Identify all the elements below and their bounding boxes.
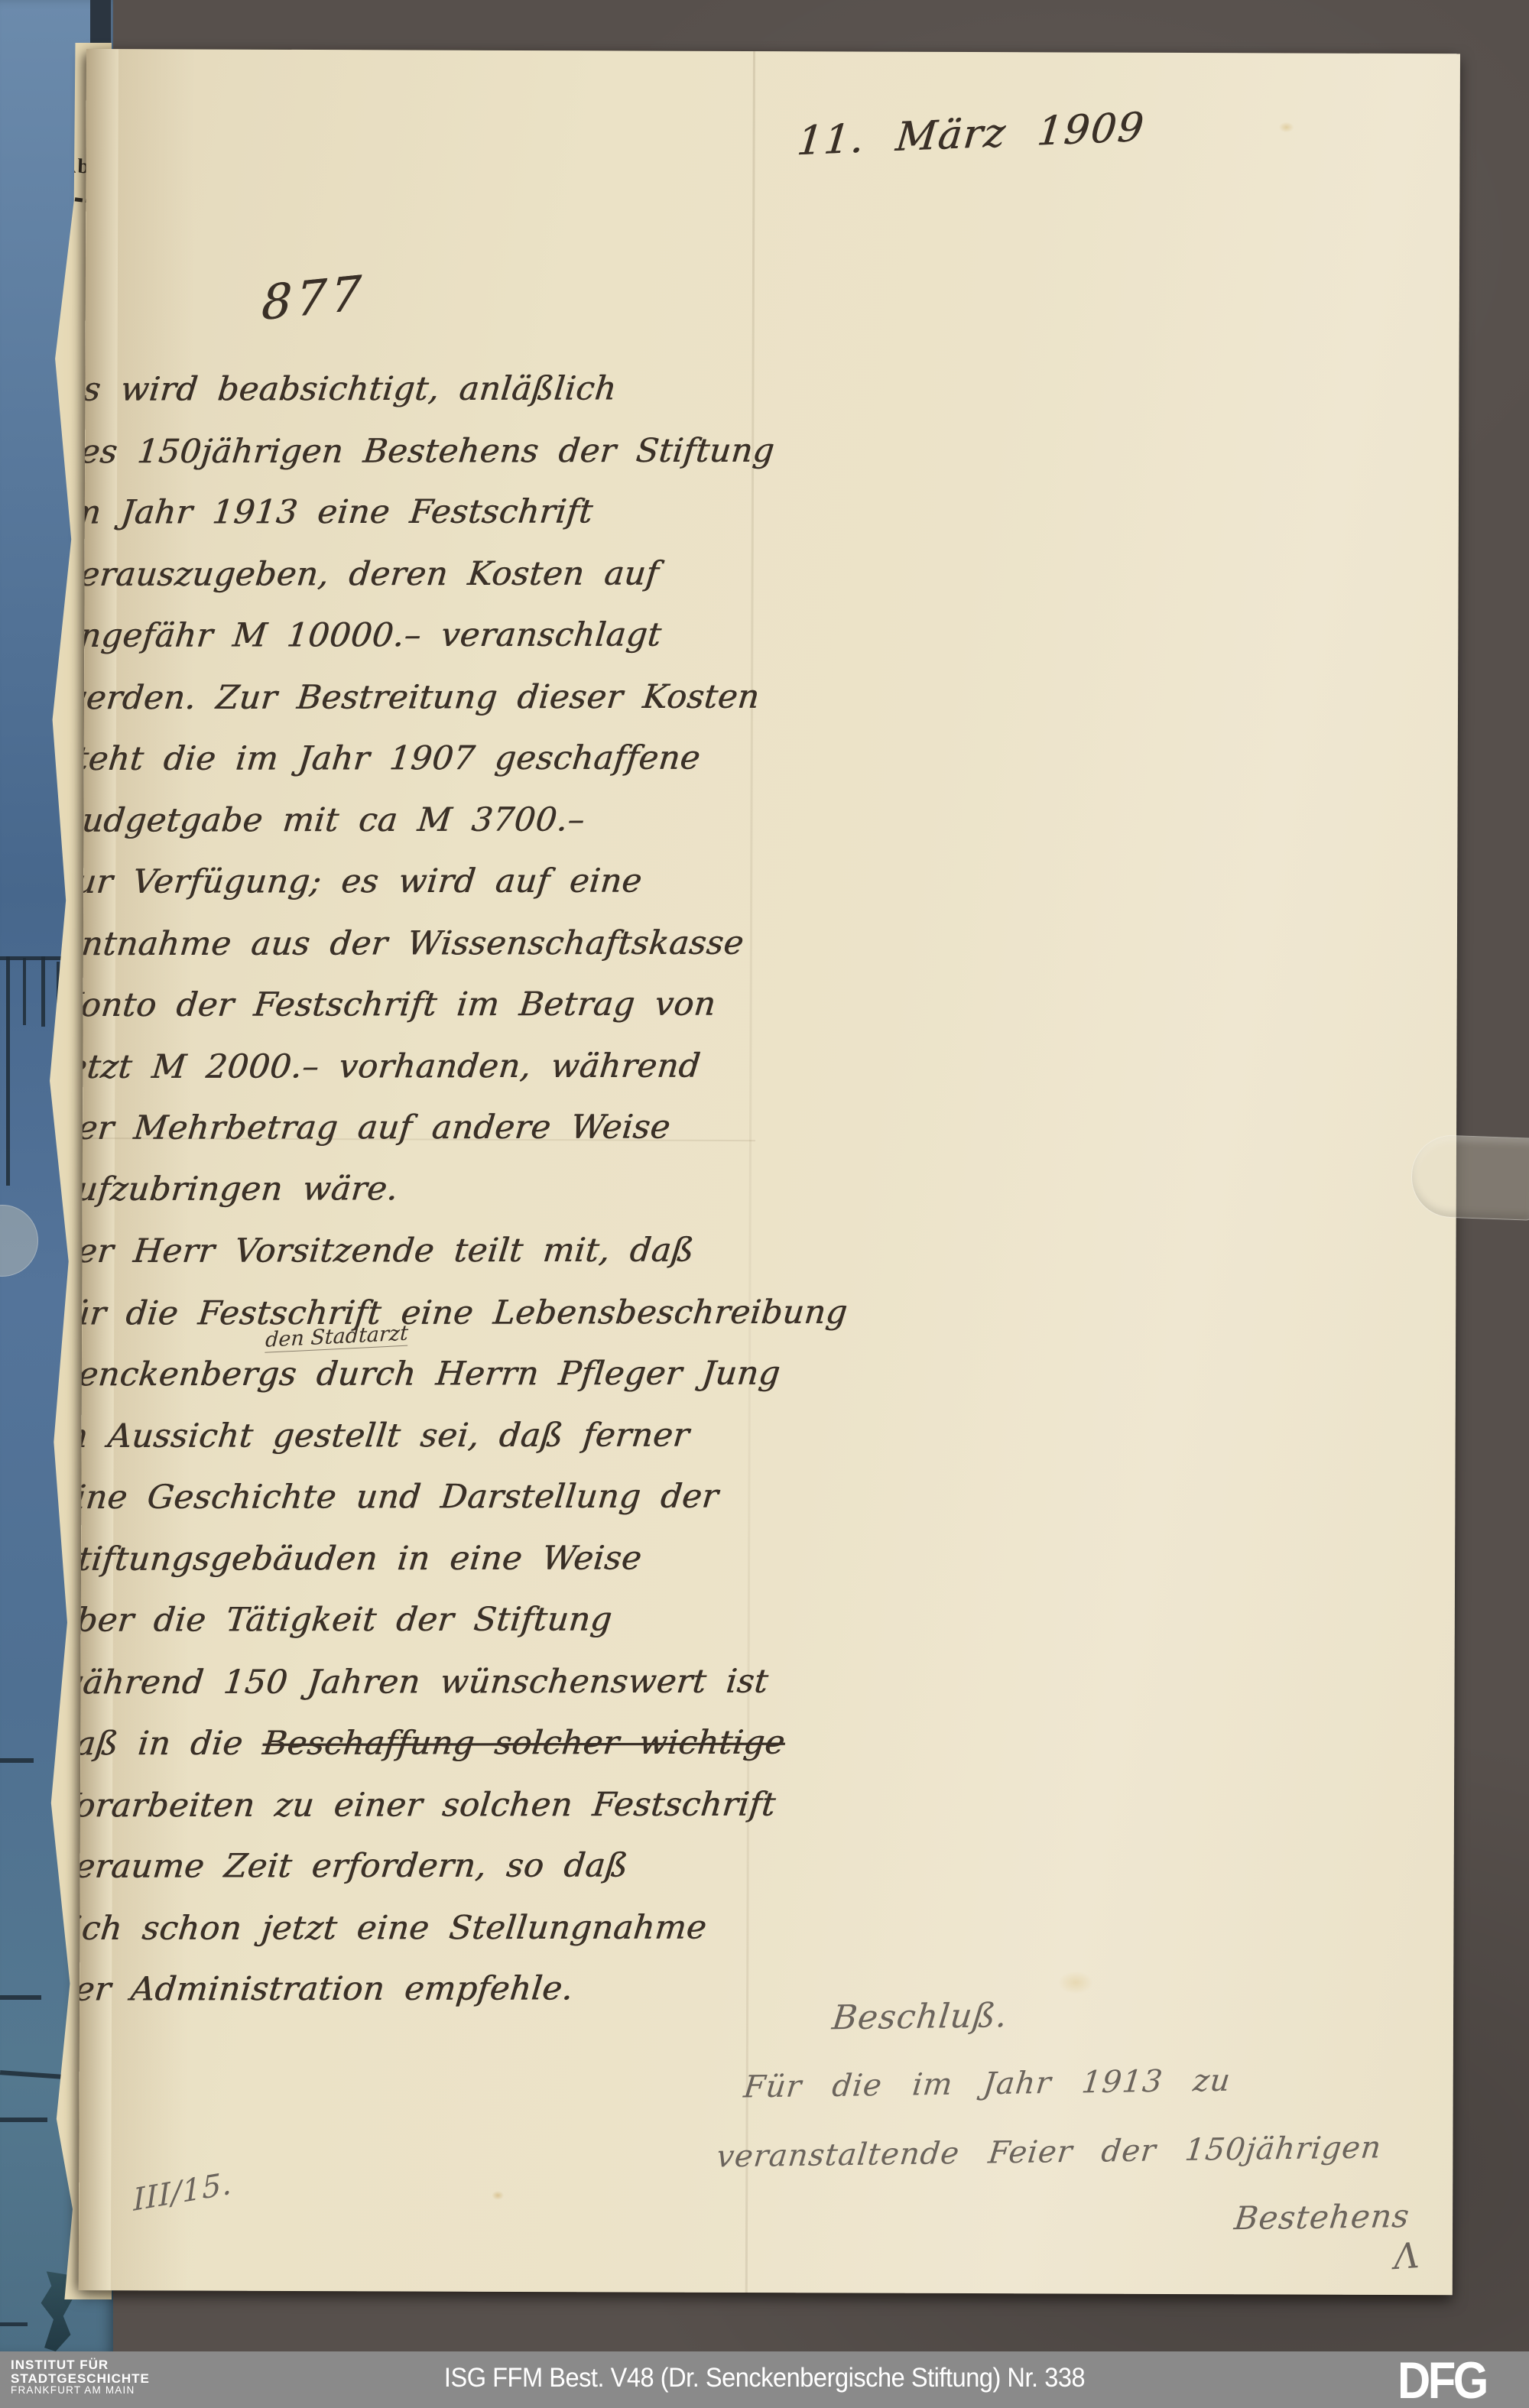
handwritten-date: 11. März 1909 — [795, 105, 1147, 165]
folder-rule-line — [0, 1995, 41, 2000]
handwriting-line: ungefähr M 10000.– veranschlagt — [79, 616, 664, 655]
handwriting-line: steht die im Jahr 1907 geschaffene — [79, 739, 703, 778]
handwriting-line: Vorarbeiten zu einer solchen Festschrift — [79, 1786, 777, 1825]
manuscript-page: 11. März 1909 877 Es wird beabsichtigt, … — [79, 49, 1460, 2295]
folder-rule-line — [0, 1758, 34, 1763]
handwriting-line: über die Tätigkeit der Stiftung — [79, 1601, 614, 1640]
pencil-note-line: Bestehens — [1232, 2197, 1411, 2237]
handwriting-line: der Herr Vorsitzende teilt mit, daß — [79, 1232, 696, 1271]
mounting-tab-right — [1410, 1134, 1529, 1221]
handwriting-line: Senckenbergs durch Herrn Pfleger Jung — [79, 1355, 782, 1394]
paper-stain — [1058, 1971, 1093, 1994]
handwriting-line: Konto der Festschrift im Betrag von — [79, 985, 718, 1024]
handwriting-line: herauszugeben, deren Kosten auf — [79, 555, 661, 594]
handwriting-line: Budgetgabe mit ca M 3700.– — [79, 800, 587, 839]
folder-rule-line — [0, 2118, 47, 2122]
handwriting-text: daß in die — [79, 1725, 265, 1763]
handwriting-line: Stiftungsgebäuden in eine Weise — [79, 1540, 644, 1579]
handwriting-line: aufzubringen wäre. — [79, 1170, 400, 1209]
handwriting-line: eine Geschichte und Darstellung der — [79, 1478, 720, 1517]
folder-rule-line — [41, 956, 45, 1027]
handwriting-line: jetzt M 2000.– vorhanden, während — [79, 1047, 703, 1086]
handwriting-line: in Aussicht gestellt sei, daß ferner — [79, 1417, 691, 1456]
pencil-caret-mark: Λ — [1392, 2234, 1421, 2277]
handwriting-line: werden. Zur Bestreitung dieser Kosten — [79, 678, 761, 718]
paper-stain — [492, 2191, 504, 2200]
handwriting-line: Es wird beabsichtigt, anläßlich — [79, 370, 618, 409]
handwriting-line: daß in die Beschaffung solcher wichtige — [79, 1724, 787, 1764]
handwriting-line: Entnahme aus der Wissenschaftskasse — [79, 924, 746, 964]
struck-text: Beschaffung solcher wichtige — [261, 1724, 787, 1763]
folder-rule-line — [0, 2322, 28, 2326]
archival-scan: Abs 11. März 1909 877 Es wird beabsichti… — [0, 0, 1529, 2408]
archive-number: 877 — [261, 264, 366, 331]
archive-citation: ISG FFM Best. V48 (Dr. Senckenbergische … — [54, 2363, 1475, 2393]
handwriting-line: im Jahr 1913 eine Festschrift — [79, 492, 595, 531]
handwriting-line: während 150 Jahren wünschenswert ist — [79, 1663, 770, 1702]
handwriting-line: für die Festschrift eine Lebensbeschreib… — [79, 1293, 849, 1333]
vertical-crease — [745, 51, 755, 2293]
folder-rule-line — [6, 956, 10, 1186]
handwriting-line: des 150jährigen Bestehens der Stiftung — [79, 432, 777, 472]
handwriting-line: sich schon jetzt eine Stellungnahme — [79, 1909, 709, 1948]
handwriting-line: der Administration empfehle. — [79, 1969, 575, 2008]
footer-bar: INSTITUT FÜR STADTGESCHICHTE FRANKFURT A… — [0, 2351, 1529, 2408]
pencil-note-line: Für die im Jahr 1913 zu — [742, 2063, 1233, 2105]
folder-rule-line — [23, 958, 26, 1025]
pencil-note-line: veranstaltende Feier der 150jährigen — [715, 2130, 1383, 2174]
handwriting-line: zur Verfügung; es wird auf eine — [79, 862, 644, 901]
dfg-logo: DFG — [1398, 2351, 1486, 2408]
paper-stain — [1279, 122, 1294, 132]
handwriting-line: der Mehrbetrag auf andere Weise — [79, 1108, 672, 1147]
handwriting-line: geraume Zeit erfordern, so daß — [79, 1847, 630, 1886]
pencil-note-heading: Beschluß. — [830, 1996, 1010, 2037]
